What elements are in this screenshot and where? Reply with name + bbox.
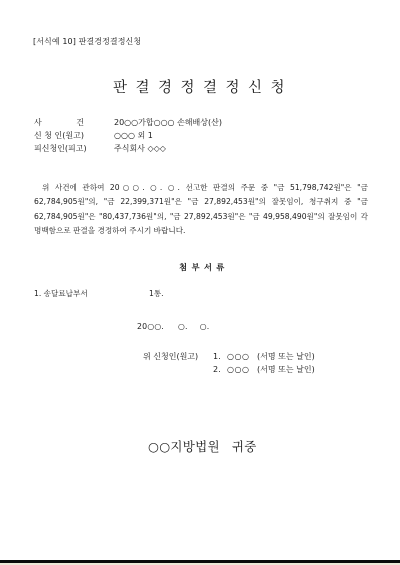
document-title: 판결경정결정신청	[0, 76, 400, 97]
applicant-number: 1.	[213, 350, 221, 363]
body-line: 62,784,905원"의, "금 22,399,371원"은 "금 27,89…	[34, 195, 368, 209]
field-value-respondent: 주식회사 ◇◇◇	[114, 143, 166, 155]
attachment-name: 1. 송달료납부서	[34, 289, 88, 298]
attachment-item: 1. 송달료납부서 1통.	[34, 288, 88, 299]
field-value-applicant: ○○○ 외 1	[114, 130, 153, 142]
date-year: 20○○.	[137, 322, 164, 331]
addressee-label: 귀중	[232, 439, 257, 454]
date-month: ○.	[178, 322, 188, 331]
date-day: ○.	[200, 322, 210, 331]
body-line: 위 사건에 관하여 20○○. ○. ○. 선고한 판결의 주문 중 "금 51…	[34, 181, 368, 195]
applicant-name: ○○○	[227, 363, 249, 376]
field-value-case: 20○○가합○○○ 손해배상(산)	[114, 117, 222, 129]
court-name: ○○지방법원	[148, 439, 220, 454]
field-label-case: 사 건	[34, 117, 92, 129]
filing-date: 20○○.○.○.	[137, 322, 209, 331]
field-applicant: 신 청 인(원고)○○○ 외 1	[34, 130, 153, 142]
applicant-number: 2.	[213, 363, 221, 376]
court-addressee: ○○지방법원귀중	[148, 437, 257, 455]
body-line: 명백함으로 판결을 경정하여 주시기 바랍니다.	[34, 224, 368, 238]
field-label-respondent: 피신청인(피고)	[34, 143, 92, 155]
applicant-name: ○○○	[227, 350, 249, 363]
applicant-signature: (서명 또는 날인)	[257, 363, 315, 376]
applicant-lead: 위 신청인(원고)	[143, 350, 198, 363]
attachment-qty: 1통.	[149, 288, 164, 299]
applicant-signature: (서명 또는 날인)	[257, 350, 315, 363]
field-label-applicant: 신 청 인(원고)	[34, 130, 92, 142]
field-case: 사 건 20○○가합○○○ 손해배상(산)	[34, 117, 222, 129]
attachments-title: 첨부서류	[0, 262, 400, 273]
field-label-case-part2: 건	[76, 117, 84, 129]
field-respondent: 피신청인(피고)주식회사 ◇◇◇	[34, 143, 166, 155]
body-line: 62,784,905원"은 "80,437,736원"의, "금 27,892,…	[34, 210, 368, 224]
form-label: [서식예 10] 판결경정결정신청	[33, 36, 141, 47]
body-paragraph: 위 사건에 관하여 20○○. ○. ○. 선고한 판결의 주문 중 "금 51…	[34, 181, 368, 239]
field-label-case-part1: 사	[34, 117, 42, 129]
document-page: [서식예 10] 판결경정결정신청 판결경정결정신청 사 건 20○○가합○○○…	[0, 0, 400, 560]
